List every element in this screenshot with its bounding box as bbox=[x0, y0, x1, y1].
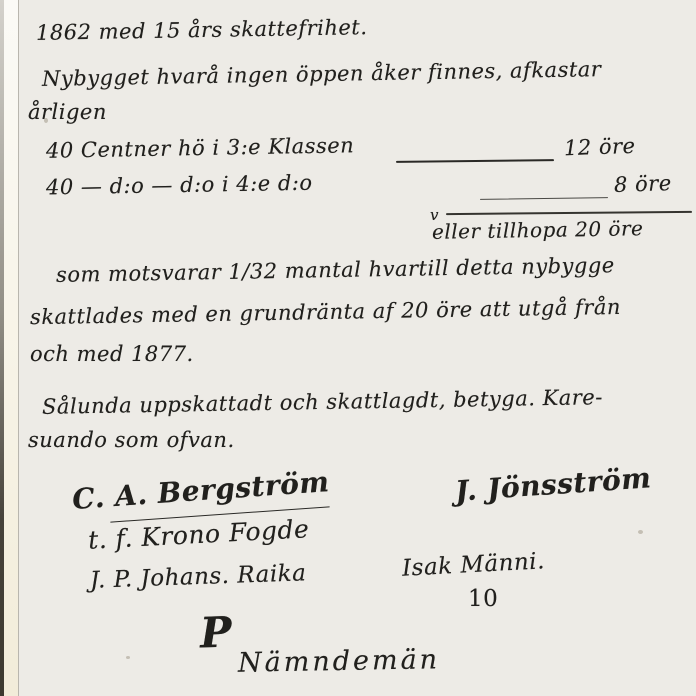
witness-signature-left: J. P. Johans. Raika bbox=[90, 560, 307, 594]
paper-speck bbox=[638, 530, 643, 534]
paragraph-line-3: och med 1877. bbox=[30, 342, 194, 366]
scanned-document-page: 1862 med 15 års skattefrihet. Nybygget h… bbox=[0, 0, 696, 696]
dash-leader-line bbox=[480, 197, 608, 200]
intro-line-1: Nybygget hvarå ingen öppen åker finnes, … bbox=[42, 57, 602, 91]
intro-line-2: årligen bbox=[28, 100, 107, 124]
attestation-line-1: Sålunda uppskattadt och skattlagdt, bety… bbox=[42, 385, 603, 419]
total-line: eller tillhopa 20 öre bbox=[432, 216, 644, 244]
witness-signature-right2: Isak Männi. bbox=[401, 548, 545, 581]
paragraph-line-2: skattlades med en grundränta af 20 öre a… bbox=[30, 295, 621, 329]
sum-underline bbox=[446, 211, 692, 215]
dash-leader-line bbox=[396, 159, 554, 163]
assessment-row-value: 8 öre bbox=[614, 171, 672, 197]
witness-signature-right: J. Jönsström bbox=[454, 461, 652, 508]
paragraph-line-1: som motsvarar 1/32 mantal hvartill detta… bbox=[56, 253, 615, 287]
assessment-row-label: 40 — d:o — d:o i 4:e d:o bbox=[46, 171, 313, 200]
assessment-row-value: 12 öre bbox=[564, 134, 636, 160]
year-header-line: 1862 med 15 års skattefrihet. bbox=[36, 15, 368, 45]
paper-speck bbox=[126, 656, 130, 659]
bottom-initial-mark: P bbox=[199, 607, 233, 657]
role-label: Nämndemän bbox=[238, 644, 441, 679]
scan-edge-strip bbox=[4, 0, 19, 696]
assessment-row-label: 40 Centner hö i 3:e Klassen bbox=[46, 133, 355, 162]
witness-mark: 10 bbox=[468, 586, 498, 612]
attestation-line-2: suando som ofvan. bbox=[28, 428, 235, 452]
